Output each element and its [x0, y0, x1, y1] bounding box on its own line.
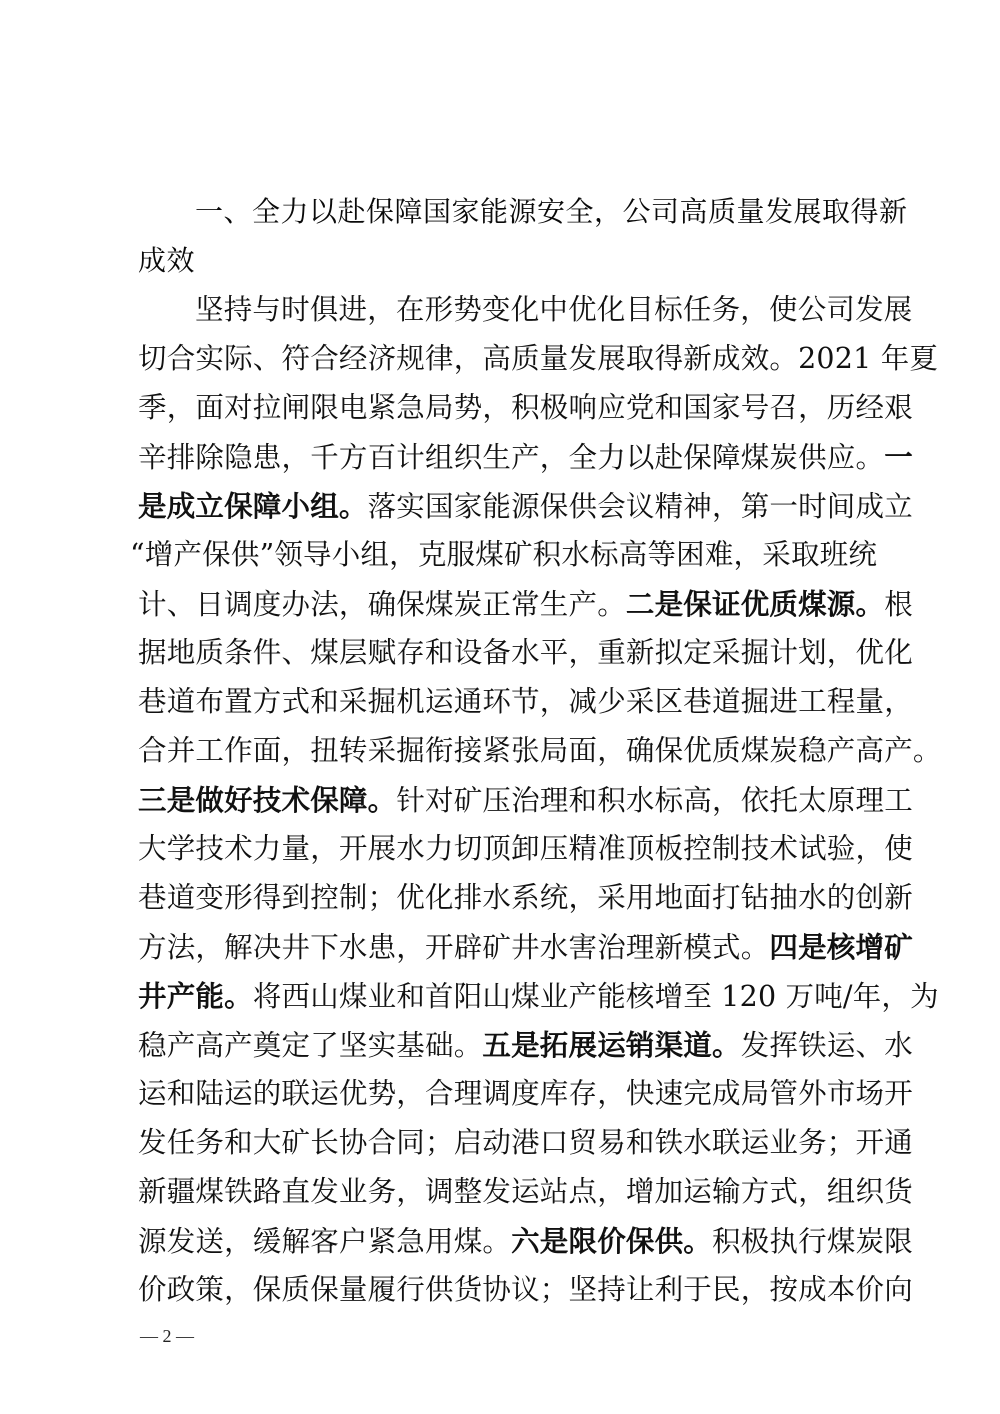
paragraph-line: 切合实际、符合经济规律，高质量发展取得新成效。2021 年夏: [138, 339, 878, 379]
paragraph-line: 季，面对拉闸限电紧急局势，积极响应党和国家号召，历经艰: [138, 388, 878, 428]
bold-point-title: 一: [884, 440, 913, 474]
paragraph-line: “增产保供”领导小组，克服煤矿积水标高等困难，采取班统: [130, 535, 870, 575]
paragraph-line: 坚持与时俱进，在形势变化中优化目标任务，使公司发展: [195, 290, 880, 330]
text-run: 针对矿压治理和积水标高，依托太原理工: [396, 784, 913, 817]
bold-point-title: 二是保证优质煤源。: [626, 587, 884, 621]
paragraph-line: 合并工作面，扭转采掘衔接紧张局面，确保优质煤炭稳产高产。: [138, 731, 878, 771]
section-heading-line-2: 成效: [138, 241, 878, 281]
text-run: 将西山煤业和首阳山煤业产能核增至 120 万吨/年，为: [253, 980, 939, 1013]
bold-point-title: 井产能。: [138, 979, 253, 1013]
text-run: 落实国家能源保供会议精神，第一时间成立: [368, 490, 913, 523]
paragraph-line: 稳产高产奠定了坚实基础。五是拓展运销渠道。发挥铁运、水: [138, 1025, 878, 1065]
paragraph-line: 新疆煤铁路直发业务，调整发运站点，增加运输方式，组织货: [138, 1172, 878, 1212]
paragraph-line: 源发送，缓解客户紧急用煤。六是限价保供。积极执行煤炭限: [138, 1221, 878, 1261]
page-number: — 2 —: [140, 1326, 194, 1347]
bold-point-title: 四是核增矿: [769, 930, 913, 964]
text-run: 计、日调度办法，确保煤炭正常生产。: [138, 588, 626, 621]
paragraph-line: 运和陆运的联运优势，合理调度库存，快速完成局管外市场开: [138, 1074, 878, 1114]
paragraph-line: 方法，解决井下水患，开辟矿井水害治理新模式。四是核增矿: [138, 927, 878, 967]
paragraph-line: 巷道变形得到控制；优化排水系统，采用地面打钻抽水的创新: [138, 878, 878, 918]
text-run: 根: [884, 588, 913, 621]
paragraph-line: 是成立保障小组。落实国家能源保供会议精神，第一时间成立: [138, 486, 878, 526]
paragraph-line: 大学技术力量，开展水力切顶卸压精准顶板控制技术试验，使: [138, 829, 878, 869]
text-run: 稳产高产奠定了坚实基础。: [138, 1029, 482, 1062]
text-run: 积极执行煤炭限: [712, 1225, 913, 1258]
paragraph-line: 价政策，保质保量履行供货协议；坚持让利于民，按成本价向: [138, 1270, 878, 1310]
bold-point-title: 六是限价保供。: [511, 1224, 712, 1258]
paragraph-line: 计、日调度办法，确保煤炭正常生产。二是保证优质煤源。根: [138, 584, 878, 624]
paragraph-line: 巷道布置方式和采掘机运通环节，减少采区巷道掘进工程量，: [138, 682, 878, 722]
paragraph-line: 三是做好技术保障。针对矿压治理和积水标高，依托太原理工: [138, 780, 878, 820]
paragraph-line: 辛排除隐患，千方百计组织生产，全力以赴保障煤炭供应。一: [138, 437, 878, 477]
paragraph-line: 井产能。将西山煤业和首阳山煤业产能核增至 120 万吨/年，为: [138, 976, 878, 1016]
paragraph-line: 据地质条件、煤层赋存和设备水平，重新拟定采掘计划，优化: [138, 633, 878, 673]
text-run: 发挥铁运、水: [741, 1029, 913, 1062]
text-run: 辛排除隐患，千方百计组织生产，全力以赴保障煤炭供应。: [138, 441, 884, 474]
text-run: 源发送，缓解客户紧急用煤。: [138, 1225, 511, 1258]
section-heading-line-1: 一、全力以赴保障国家能源安全，公司高质量发展取得新: [195, 192, 880, 232]
paragraph-line: 发任务和大矿长协合同；启动港口贸易和铁水联运业务；开通: [138, 1123, 878, 1163]
text-run: 方法，解决井下水患，开辟矿井水害治理新模式。: [138, 931, 769, 964]
bold-point-title: 五是拓展运销渠道。: [482, 1028, 740, 1062]
bold-point-title: 是成立保障小组。: [138, 489, 368, 523]
bold-point-title: 三是做好技术保障。: [138, 783, 396, 817]
document-page: 一、全力以赴保障国家能源安全，公司高质量发展取得新 成效 坚持与时俱进，在形势变…: [0, 0, 1000, 1414]
